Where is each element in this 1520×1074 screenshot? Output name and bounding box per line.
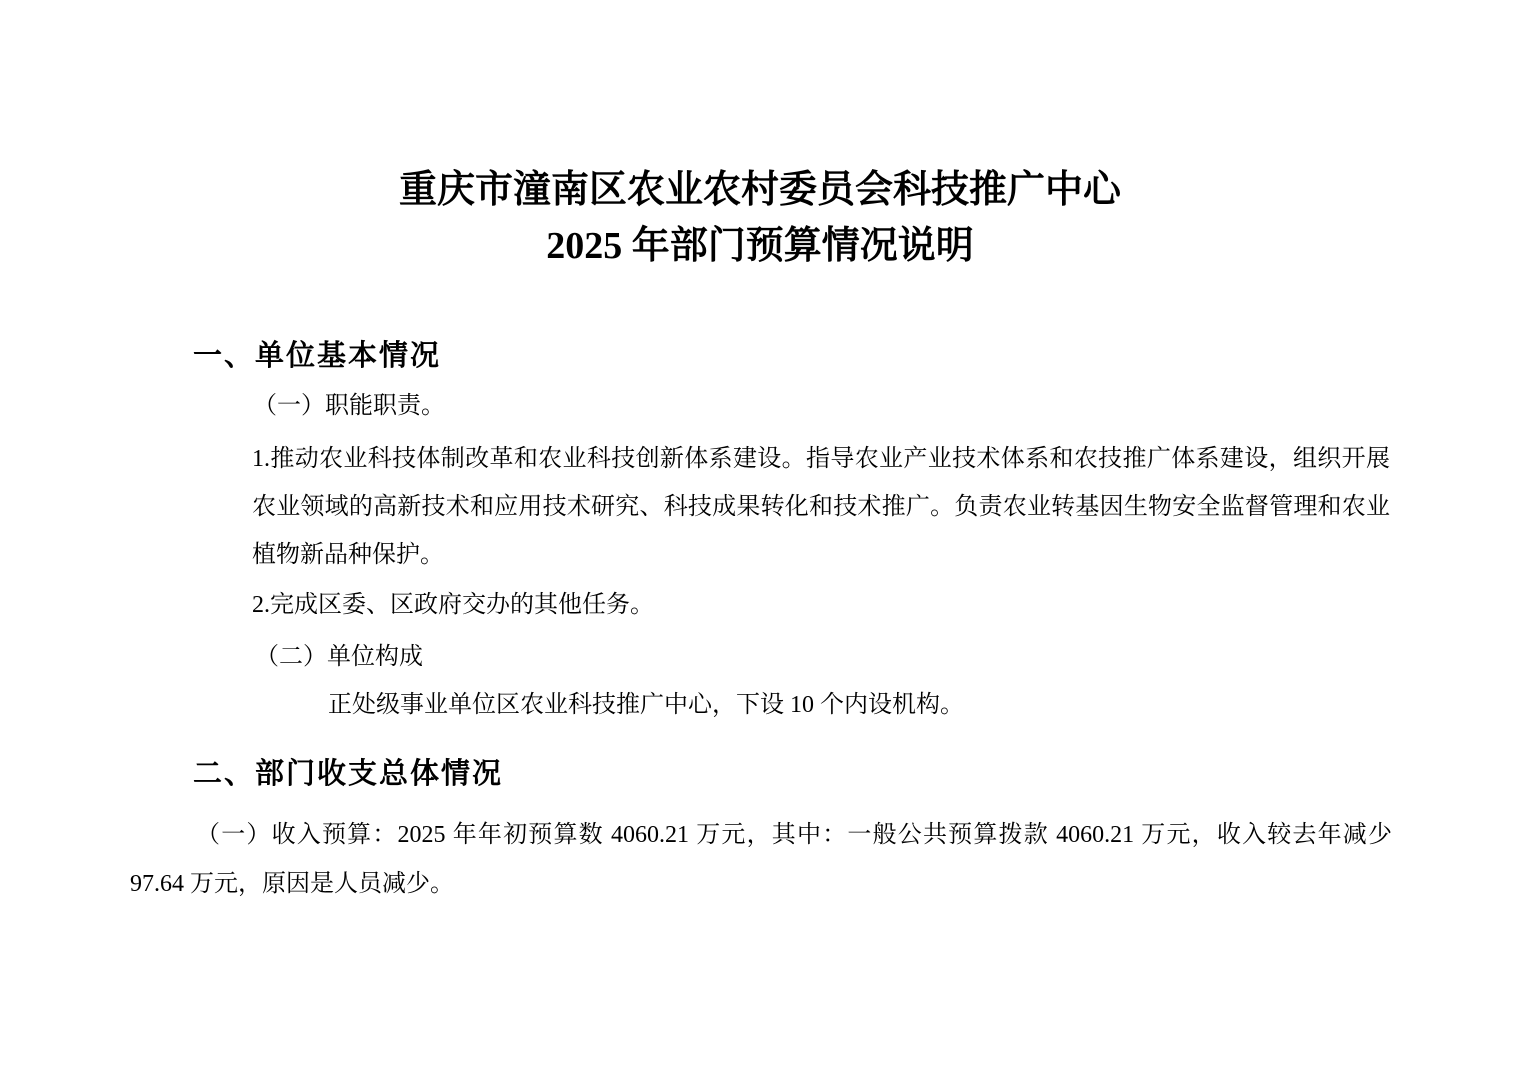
section-1-paragraph-duties-1: 1.推动农业科技体制改革和农业科技创新体系建设。指导农业产业技术体系和农技推广体… — [252, 435, 1390, 579]
document-title-line-1: 重庆市潼南区农业农村委员会科技推广中心 — [0, 162, 1520, 218]
section-2-paragraph-income-budget: （一）收入预算：2025 年年初预算数 4060.21 万元，其中：一般公共预算… — [130, 811, 1392, 909]
document-title-line-2: 2025 年部门预算情况说明 — [0, 218, 1520, 274]
document-title: 重庆市潼南区农业农村委员会科技推广中心 2025 年部门预算情况说明 — [0, 162, 1520, 274]
section-1-heading: 一、单位基本情况 — [193, 340, 441, 372]
section-1-paragraph-composition: 正处级事业单位区农业科技推广中心，下设 10 个内设机构。 — [328, 681, 964, 729]
document-page: 重庆市潼南区农业农村委员会科技推广中心 2025 年部门预算情况说明 一、单位基… — [0, 0, 1520, 1074]
section-1-paragraph-duties-2: 2.完成区委、区政府交办的其他任务。 — [252, 581, 654, 629]
section-1-subheading-composition: （二）单位构成 — [255, 633, 423, 681]
section-2-heading: 二、部门收支总体情况 — [193, 758, 503, 790]
section-1-subheading-duties: （一）职能职责。 — [253, 382, 445, 430]
